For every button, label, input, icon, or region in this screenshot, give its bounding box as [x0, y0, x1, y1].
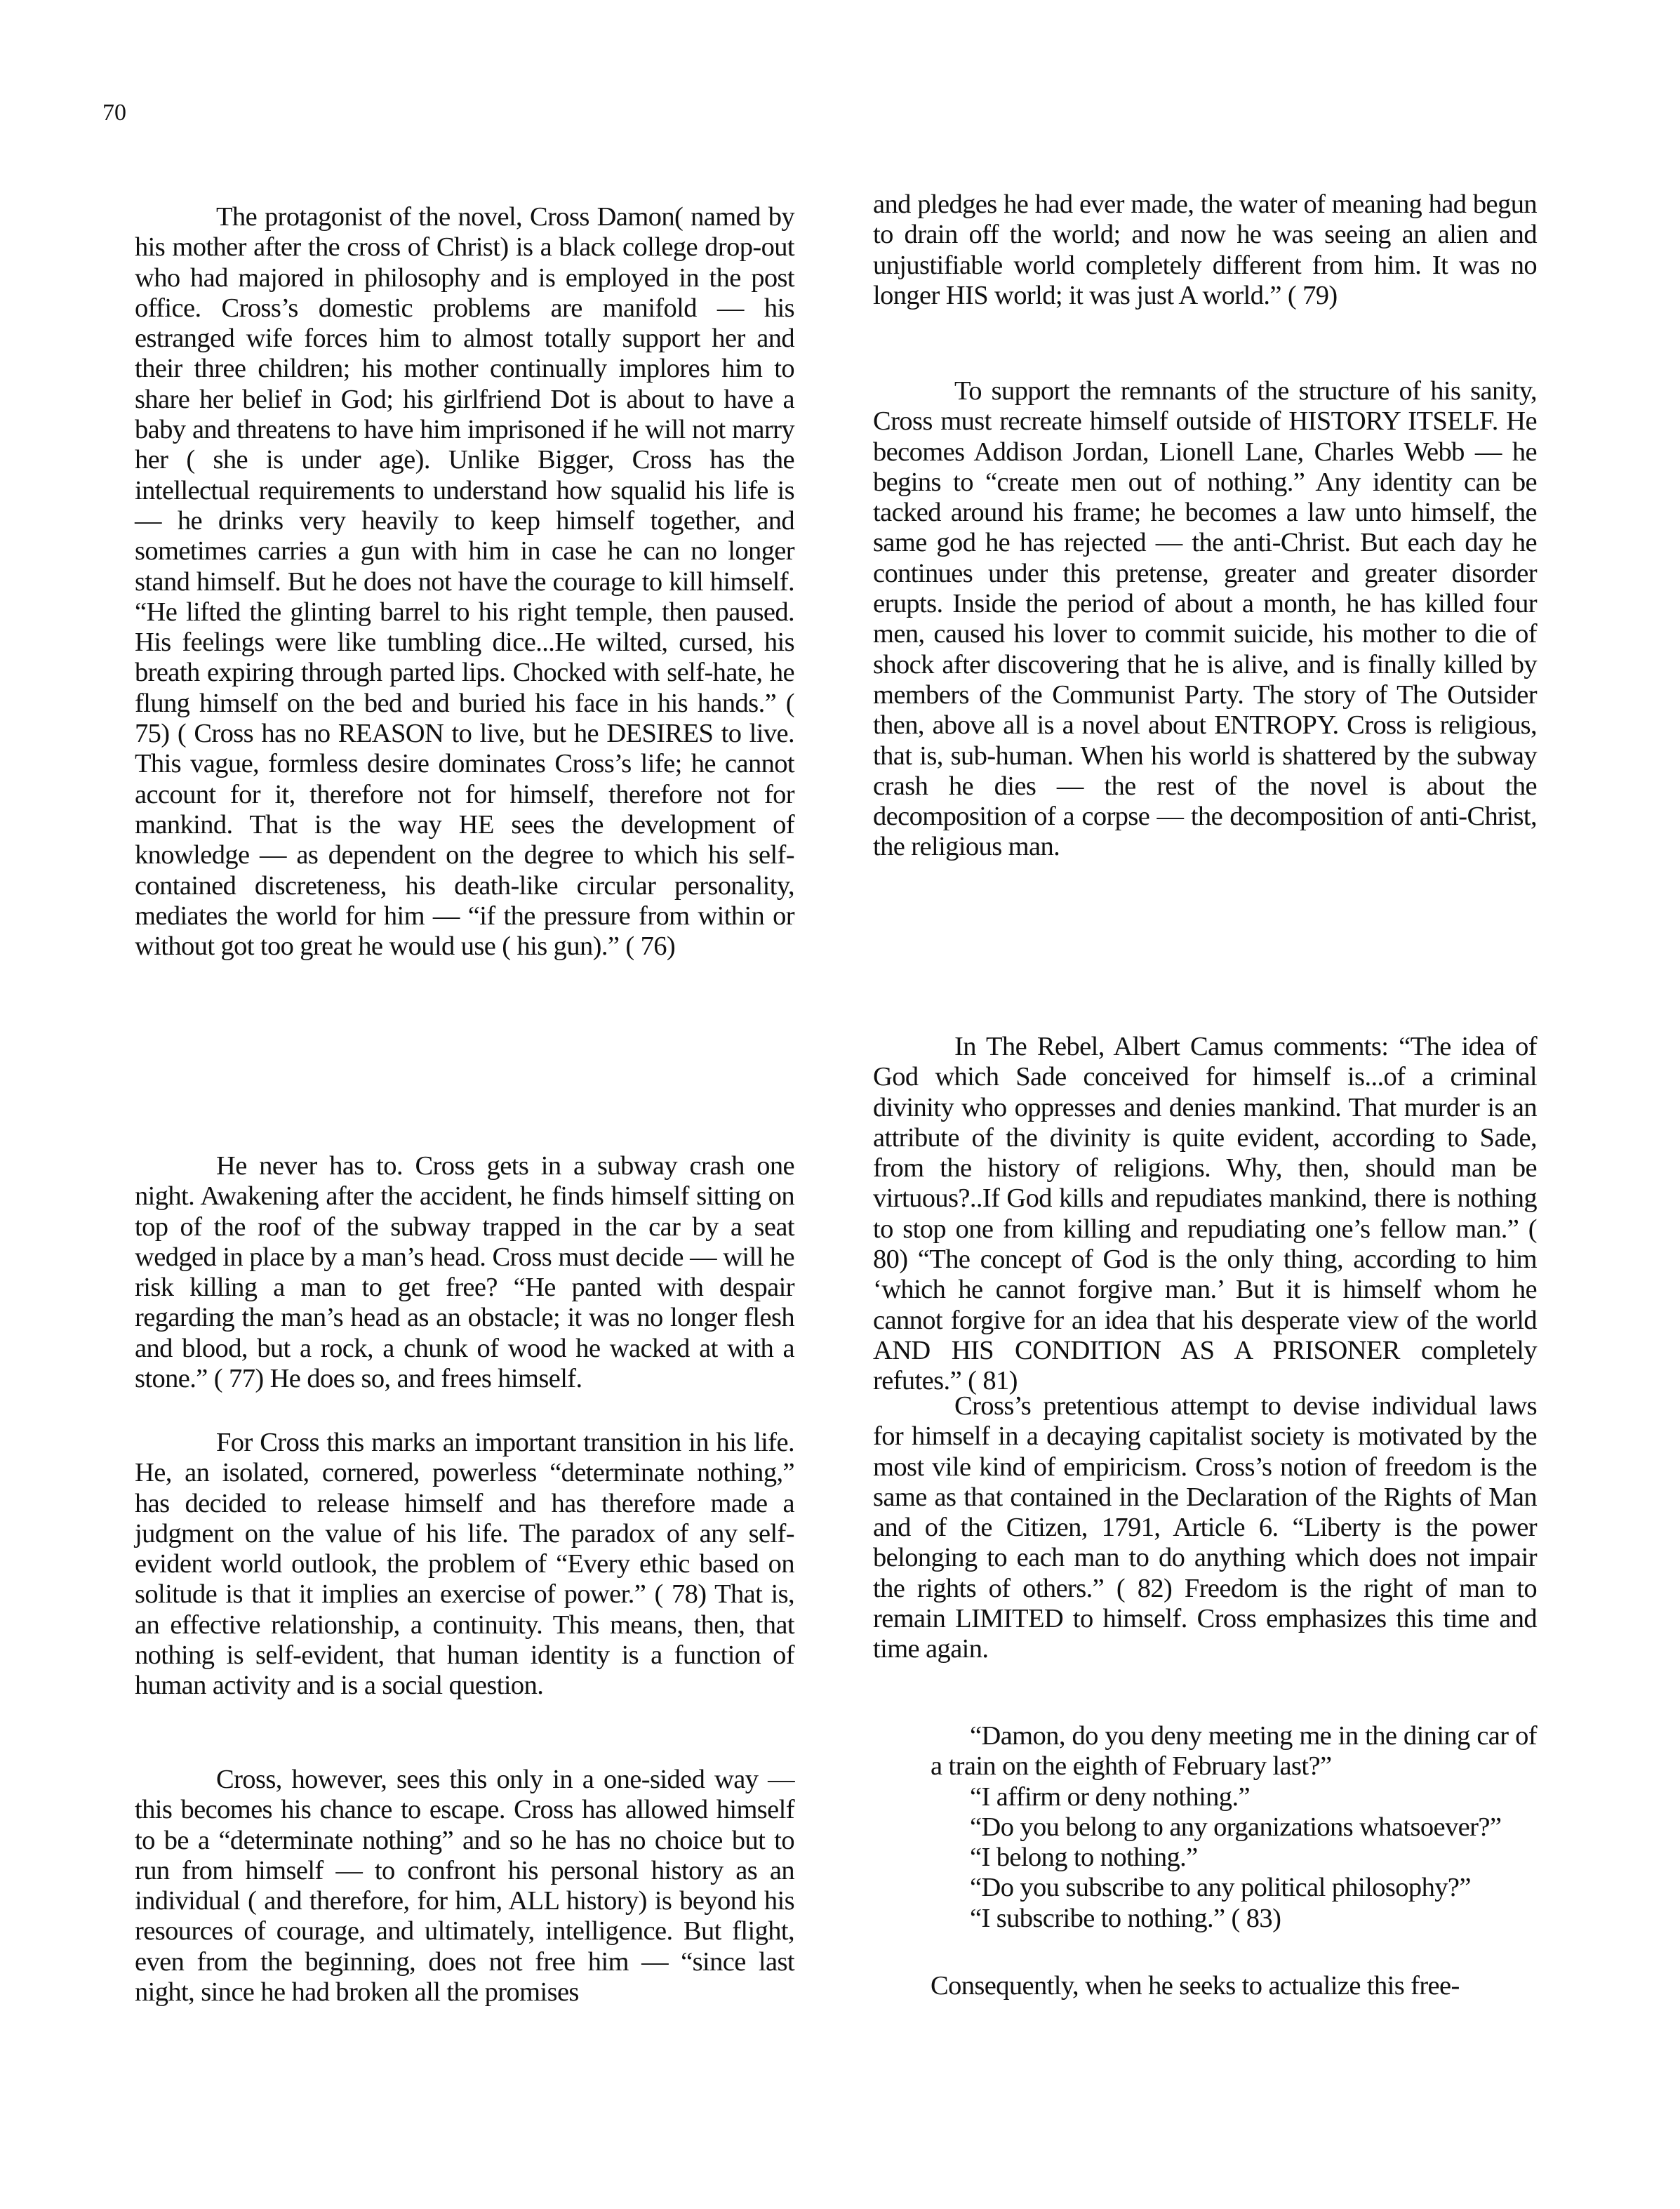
dialogue-block: “Damon, do you deny meeting me in the di…: [931, 1721, 1537, 1934]
dialogue-line: “I belong to nothing.”: [931, 1843, 1537, 1873]
document-page: 70 The protagonist of the novel, Cross D…: [0, 0, 1680, 2209]
paragraph-transition: For Cross this marks an important transi…: [135, 1428, 794, 1701]
paragraph-continued-quote: and pledges he had ever made, the water …: [873, 190, 1537, 311]
dialogue-line: “I subscribe to nothing.” ( 83): [931, 1904, 1537, 1934]
paragraph-subway-crash: He never has to. Cross gets in a subway …: [135, 1151, 794, 1394]
paragraph-freedom: Cross’s pretentious attempt to devise in…: [873, 1391, 1537, 1665]
dialogue-line: “Do you subscribe to any political philo…: [931, 1873, 1537, 1903]
dialogue-line: “Do you belong to any organizations what…: [931, 1812, 1537, 1843]
dialogue-line: “Damon, do you deny meeting me in the di…: [931, 1721, 1537, 1782]
paragraph-one-sided: Cross, however, sees this only in a one-…: [135, 1765, 794, 2008]
page-number: 70: [102, 100, 126, 126]
paragraph-protagonist: The protagonist of the novel, Cross Damo…: [135, 202, 794, 962]
paragraph-entropy: To support the remnants of the structure…: [873, 376, 1537, 863]
dialogue-line: “I affirm or deny nothing.”: [931, 1782, 1537, 1812]
paragraph-consequently: Consequently, when he seeks to actualize…: [931, 1971, 1537, 2001]
paragraph-camus: In The Rebel, Albert Camus comments: “Th…: [873, 1032, 1537, 1397]
